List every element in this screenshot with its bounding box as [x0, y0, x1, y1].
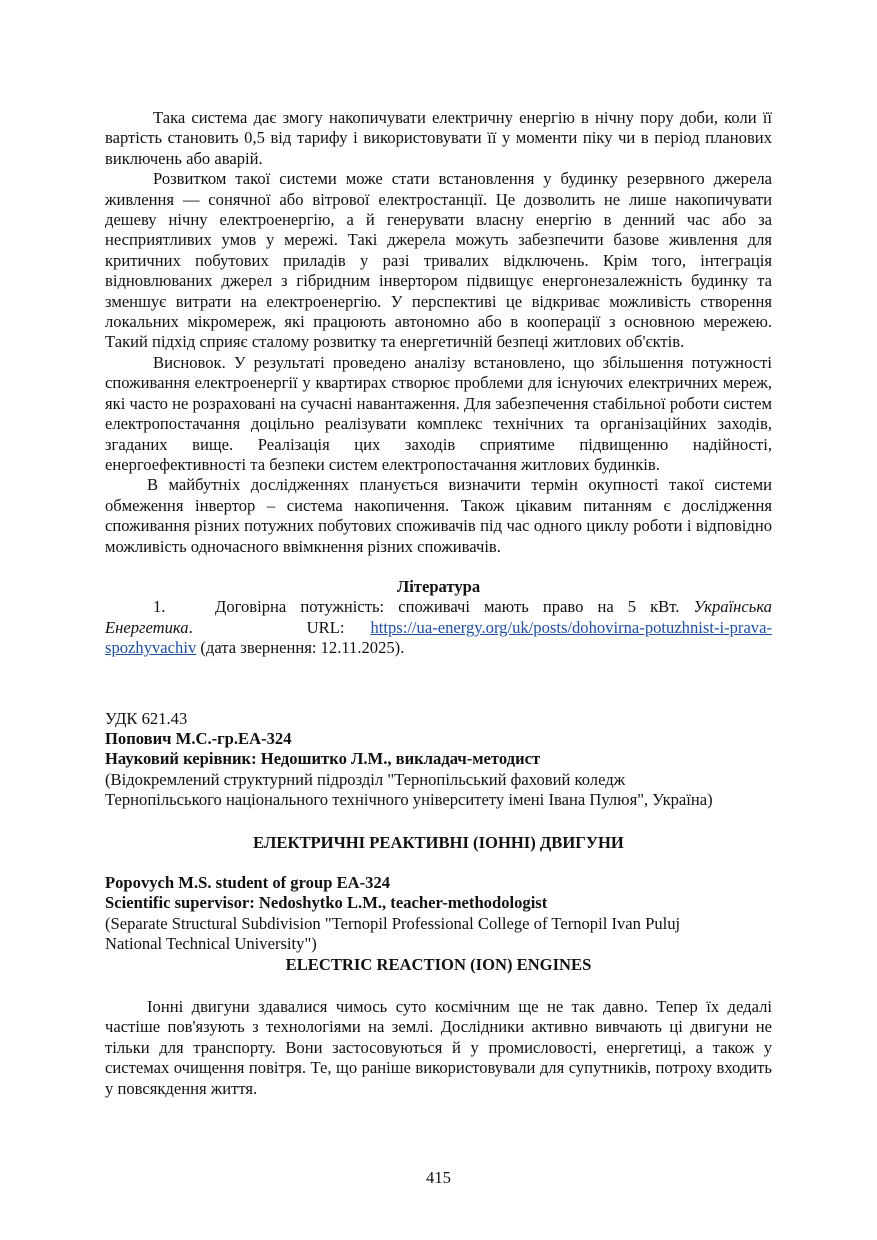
affiliation-en-line-2: National Technical University") [105, 934, 772, 954]
article-intro-paragraph: Іонні двигуни здавалися чимось суто косм… [105, 997, 772, 1099]
article-title-ua: ЕЛЕКТРИЧНІ РЕАКТИВНІ (ІОННІ) ДВИГУНИ [105, 833, 772, 853]
literature-url-label: URL: [307, 618, 345, 637]
affiliation-ua-line-1: (Відокремлений структурний підрозділ "Те… [105, 770, 772, 790]
literature-item-text: Договірна потужність: споживачі мають пр… [215, 597, 679, 616]
article-title-en: ELECTRIC REACTION (ION) ENGINES [105, 955, 772, 975]
future-research-paragraph: В майбутніх дослідженнях планується визн… [105, 475, 772, 557]
supervisor-en: Scientific supervisor: Nedoshytko L.M., … [105, 893, 772, 913]
author-en: Popovych M.S. student of group EA-324 [105, 873, 772, 893]
literature-accessed-date: (дата звернення: 12.11.2025). [200, 638, 404, 657]
literature-item: 1.Договірна потужність: споживачі мають … [105, 597, 772, 658]
literature-heading: Література [105, 577, 772, 597]
document-page: Така система дає змогу накопичувати елек… [105, 108, 772, 1099]
conclusion-paragraph: Висновок. У результаті проведено аналізу… [105, 353, 772, 475]
page-number: 415 [0, 1168, 877, 1188]
body-paragraph-1: Така система дає змогу накопичувати елек… [105, 108, 772, 169]
literature-item-number: 1. [153, 597, 215, 617]
author-ua: Попович М.С.-гр.ЕА-324 [105, 729, 772, 749]
affiliation-ua-line-2: Тернопільського національного технічного… [105, 790, 772, 810]
supervisor-ua: Науковий керівник: Недошитко Л.М., викла… [105, 749, 772, 769]
affiliation-en-line-1: (Separate Structural Subdivision "Ternop… [105, 914, 772, 934]
udk-code: УДК 621.43 [105, 709, 772, 729]
body-paragraph-2: Розвитком такої системи може стати встан… [105, 169, 772, 353]
